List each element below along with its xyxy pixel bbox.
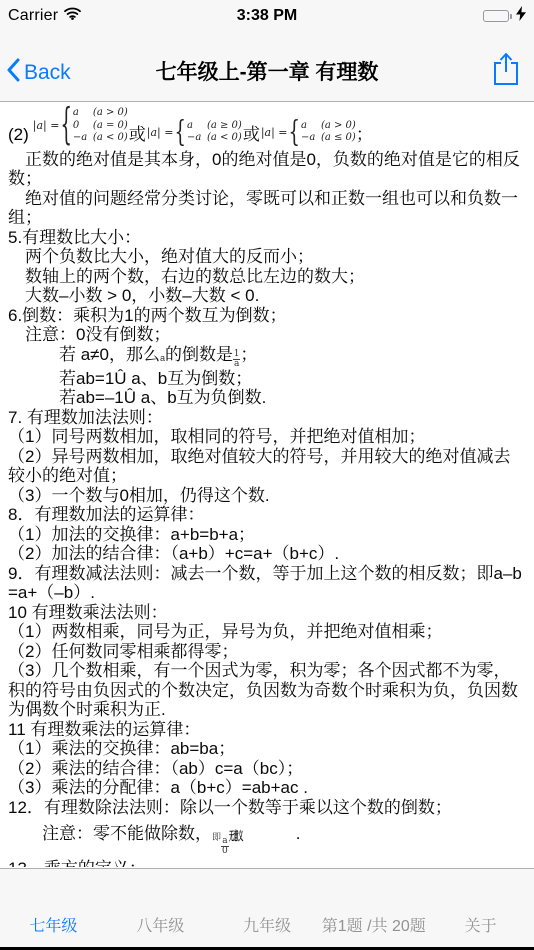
or-separator: 或 <box>243 125 260 145</box>
content-lines: (2)|a| ={a(a > 0)0(a = 0)−a(a < 0)或|a| =… <box>8 107 526 867</box>
case-condition: (a ≤ 0) <box>321 132 356 145</box>
content-line: （1）两数相乘，同号为正，异号为负，并把绝对值相乘； <box>8 622 526 642</box>
content-line: 13．乘方的定义： <box>8 859 526 867</box>
content-line: 若ab=–1Û a、b互为负倒数. <box>8 388 526 408</box>
formula-lhs: |a| = <box>261 126 288 139</box>
fraction-numerator: a <box>222 837 227 846</box>
formula-lhs: |a| = <box>147 126 174 139</box>
content-line: 6.倒数：乘积为1的两个数互为倒数； <box>8 306 526 326</box>
content-line: （2）加法的结合律：（a+b）+c=a+（b+c）. <box>8 544 526 564</box>
division-note-line: 注意：零不能做除数，即a0无意义 . <box>8 817 526 859</box>
cases-rows: a(a > 0)−a(a ≤ 0) <box>301 120 356 145</box>
content-line: （2）任何数同零相乘都得零； <box>8 642 526 662</box>
carrier-label: Carrier <box>8 7 58 25</box>
content-line: 12．有理数除法法则：除以一个数等于乘以这个数的倒数； <box>8 798 526 818</box>
case-condition: (a = 0) <box>93 120 128 133</box>
content-line: 绝对值的问题经常分类讨论，零既可以和正数一组也可以和负数一组； <box>8 189 526 228</box>
content-line: 7. 有理数加法法则： <box>8 408 526 428</box>
back-chevron-icon <box>6 58 20 87</box>
content-line: （1）乘法的交换律：ab=ba； <box>8 739 526 759</box>
content-line: 大数–小数 > 0，小数–大数 < 0. <box>8 286 526 306</box>
case-value: 0 <box>73 120 93 133</box>
cases-row: −a(a ≤ 0) <box>301 132 356 145</box>
back-button-label: Back <box>24 61 71 85</box>
app-window: Carrier 3:38 PM <box>0 0 534 950</box>
content-line: 若ab=1Û a、b互为倒数； <box>8 369 526 389</box>
content-line: 数轴上的两个数，右边的数总比左边的数大； <box>8 267 526 287</box>
content-line: （3）几个数相乘，有一个因式为零，积为零；各个因式都不为零，积的符号由负因式的个… <box>8 661 526 720</box>
navigation-bar: Back 七年级上-第一章 有理数 <box>0 32 534 102</box>
case-condition: (a < 0) <box>93 132 128 145</box>
piecewise-definition: |a| ={a(a ≥ 0)−a(a < 0) <box>147 120 242 145</box>
status-time: 3:38 PM <box>237 7 297 25</box>
or-separator: 或 <box>129 125 146 145</box>
line-text: ； <box>240 345 257 364</box>
case-value: −a <box>187 132 207 145</box>
case-value: a <box>301 120 321 133</box>
tab-item[interactable]: 关于 <box>427 913 534 947</box>
back-button[interactable]: Back <box>6 58 71 87</box>
share-button[interactable] <box>492 52 520 91</box>
charging-bolt-icon <box>516 6 526 26</box>
line-text: 注意：零不能做除数， <box>8 824 212 843</box>
cases-rows: a(a ≥ 0)−a(a < 0) <box>187 120 242 145</box>
line-text: 若 a≠0，那么 <box>8 345 160 364</box>
share-icon <box>492 73 520 90</box>
content-line: 9．有理数减法法则：减去一个数，等于加上这个数的相反数；即a–b=a+（–b）. <box>8 564 526 603</box>
formula-tail: ； <box>356 125 373 145</box>
tiny-text: 即 <box>212 832 221 842</box>
case-value: −a <box>73 132 93 145</box>
case-condition: (a ≥ 0) <box>207 120 242 133</box>
content-line: （1）加法的交换律：a+b=b+a； <box>8 525 526 545</box>
tab-item[interactable]: 七年级 <box>0 913 107 947</box>
tab-item[interactable]: 第1题 /共 20题 <box>320 913 427 947</box>
content-line: （3）乘法的分配律：a（b+c）=ab+ac . <box>8 778 526 798</box>
reciprocal-formula-line: 若 a≠0，那么a的倒数是1a； <box>8 345 526 369</box>
absolute-value-cases-formula: (2)|a| ={a(a > 0)0(a = 0)−a(a < 0)或|a| =… <box>8 107 526 145</box>
content-line: 11 有理数乘法的运算律： <box>8 720 526 740</box>
left-brace: { <box>289 115 300 149</box>
tab-item[interactable]: 九年级 <box>214 913 321 947</box>
content-line: （2）乘法的结合律：（ab）c=a（bc）； <box>8 759 526 779</box>
cases-row: −a(a < 0) <box>73 132 128 145</box>
page-title: 七年级上-第一章 有理数 <box>156 56 379 86</box>
cases-rows: a(a > 0)0(a = 0)−a(a < 0) <box>73 107 128 145</box>
case-value: −a <box>301 132 321 145</box>
line-text: 的倒数是 <box>165 345 233 364</box>
left-brace: { <box>174 115 185 149</box>
cases-row: a(a > 0) <box>301 120 356 133</box>
content-line: 注意：0没有倒数； <box>8 325 526 345</box>
fraction-denominator: 0 <box>221 846 229 856</box>
wifi-icon <box>64 7 81 25</box>
case-condition: (a > 0) <box>93 107 128 120</box>
content-line: 10 有理数乘法法则： <box>8 603 526 623</box>
line-text: . <box>262 824 301 843</box>
content-line: 5.有理数比大小： <box>8 228 526 248</box>
case-value: a <box>187 120 207 133</box>
formula-item-label: (2) <box>8 125 29 145</box>
content-line: （2）异号两数相加，取绝对值较大的符号，并用较大的绝对值减去较小的绝对值； <box>8 447 526 486</box>
content-line: 8．有理数加法的运算律： <box>8 505 526 525</box>
left-brace: { <box>60 102 71 151</box>
fraction-numerator: 1 <box>234 350 240 359</box>
battery-icon <box>483 10 512 22</box>
case-condition: (a < 0) <box>207 132 242 145</box>
content-line: 正数的绝对值是其本身，0的绝对值是0，负数的绝对值是它的相反数； <box>8 150 526 189</box>
content-line: 两个负数比大小，绝对值大的反而小； <box>8 247 526 267</box>
fraction: a0 <box>221 837 229 856</box>
tab-bar: 七年级八年级九年级第1题 /共 20题关于 <box>0 868 534 947</box>
content-scroll-area[interactable]: (2)|a| ={a(a > 0)0(a = 0)−a(a < 0)或|a| =… <box>0 102 534 867</box>
case-value: a <box>73 107 93 120</box>
cases-row: a(a ≥ 0) <box>187 120 242 133</box>
piecewise-definition: |a| ={a(a > 0)0(a = 0)−a(a < 0) <box>33 107 128 145</box>
content-line: （1）同号两数相加，取相同的符号，并把绝对值相加； <box>8 427 526 447</box>
content-line: （3）一个数与0相加，仍得这个数. <box>8 486 526 506</box>
case-condition: (a > 0) <box>321 120 356 133</box>
cases-row: a(a > 0) <box>73 107 128 120</box>
status-bar: Carrier 3:38 PM <box>0 0 534 32</box>
cases-row: 0(a = 0) <box>73 120 128 133</box>
cases-row: −a(a < 0) <box>187 132 242 145</box>
formula-lhs: |a| = <box>33 119 60 132</box>
tab-item[interactable]: 八年级 <box>107 913 214 947</box>
piecewise-definition: |a| ={a(a > 0)−a(a ≤ 0) <box>261 120 356 145</box>
compressed-text: 无意义 <box>229 827 243 847</box>
